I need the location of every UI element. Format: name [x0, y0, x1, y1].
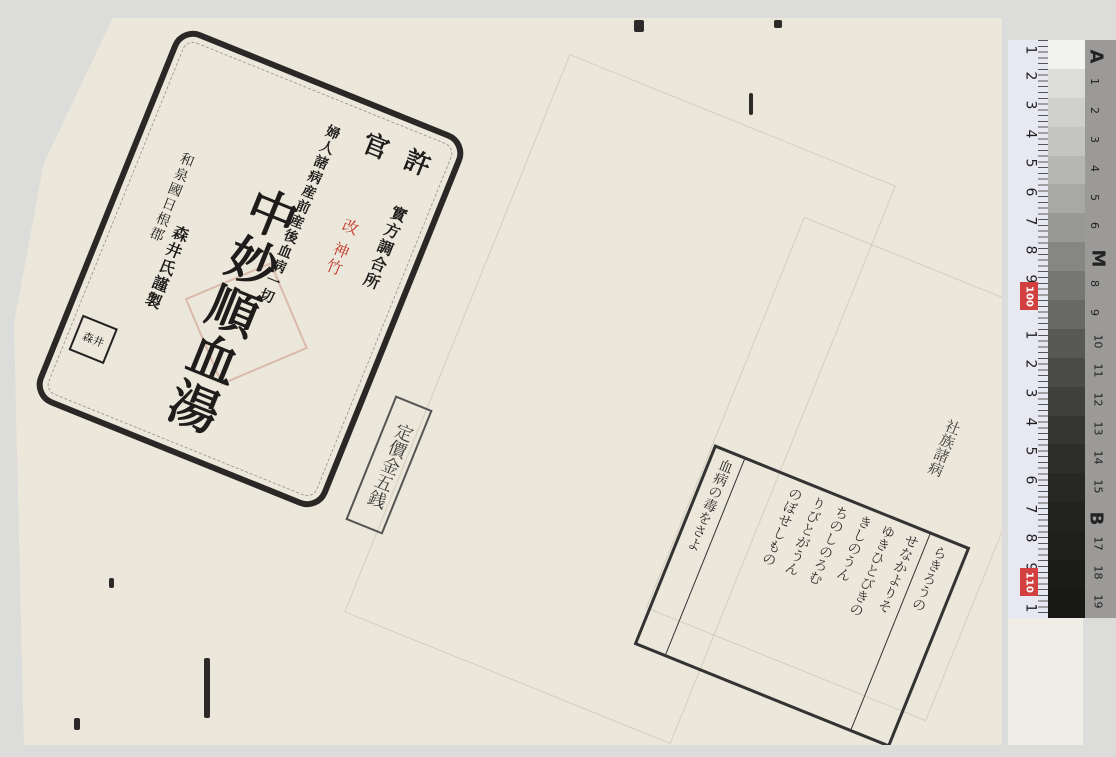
white-card	[1008, 618, 1083, 745]
gray-patch	[1048, 271, 1085, 300]
gray-patch	[1048, 444, 1085, 473]
ruler-number: 1	[1022, 46, 1038, 55]
ink-bleed	[74, 718, 80, 730]
ruler-number: 4	[1022, 418, 1038, 427]
gray-patch	[1048, 127, 1085, 156]
gray-label: B	[1085, 512, 1106, 526]
ink-bleed	[774, 20, 782, 28]
gray-patch	[1048, 184, 1085, 213]
maker-seal: 森井	[68, 315, 117, 364]
gray-patch	[1048, 502, 1085, 531]
gray-label: 10	[1092, 335, 1105, 349]
ruler-number: 8	[1022, 246, 1038, 255]
gray-patch	[1048, 358, 1085, 387]
gray-label: 18	[1092, 566, 1105, 580]
ruler-number: 2	[1022, 72, 1038, 81]
ruler-number: 8	[1022, 534, 1038, 543]
gray-label: 5	[1088, 194, 1101, 201]
gray-patch	[1048, 387, 1085, 416]
gray-label: 2	[1088, 107, 1101, 114]
gray-label: 6	[1088, 222, 1101, 229]
gray-patch	[1048, 40, 1085, 69]
gray-label: 14	[1092, 450, 1105, 464]
gray-label: 19	[1092, 595, 1105, 609]
label-kan-character: 官	[351, 125, 396, 165]
grayscale-labels: A123456M89101112131415B171819	[1085, 40, 1116, 618]
gray-label: 8	[1088, 280, 1101, 287]
gray-patch	[1048, 329, 1085, 358]
ruler-badge: 110	[1020, 568, 1038, 596]
gray-label: 12	[1092, 392, 1105, 406]
gray-label: 11	[1092, 363, 1105, 377]
gray-patch	[1048, 589, 1085, 618]
red-annotation: 改 神竹	[319, 215, 363, 280]
ruler-number: 1	[1022, 331, 1038, 340]
company-name: 實方調合所	[357, 202, 412, 294]
gray-patch	[1048, 156, 1085, 185]
ruler-number: 5	[1022, 159, 1038, 168]
gray-label: 3	[1088, 136, 1101, 143]
ruler-number: 6	[1022, 188, 1038, 197]
gray-patch	[1048, 242, 1085, 271]
ruler-number: 2	[1022, 360, 1038, 369]
gray-label: 15	[1092, 479, 1105, 493]
gray-patch	[1048, 69, 1085, 98]
gray-label: 1	[1088, 78, 1101, 85]
gray-patch	[1048, 300, 1085, 329]
gray-label: 9	[1088, 309, 1101, 316]
ruler-badge: 100	[1020, 282, 1038, 310]
ruler-number: 7	[1022, 505, 1038, 514]
ruler-ticks	[1038, 40, 1048, 618]
ink-bleed	[749, 93, 753, 115]
gray-label: M	[1087, 250, 1108, 268]
gray-patch	[1048, 560, 1085, 589]
ruler-number: 5	[1022, 447, 1038, 456]
gray-label: 17	[1092, 537, 1105, 551]
gray-patch	[1048, 98, 1085, 127]
ruler-number: 3	[1022, 389, 1038, 398]
gray-label: A	[1085, 50, 1106, 64]
ruler-number: 4	[1022, 130, 1038, 139]
grayscale-target	[1048, 40, 1085, 618]
gray-patch	[1048, 213, 1085, 242]
gray-patch	[1048, 416, 1085, 445]
ruler-number: 7	[1022, 217, 1038, 226]
ruler-number: 6	[1022, 476, 1038, 485]
ruler-number: 3	[1022, 101, 1038, 110]
measurement-ruler: 1 2 3 4 5 6 7 8 9 100 1 2 3 4 5 6 7 8 9 …	[1008, 40, 1049, 618]
gray-patch	[1048, 473, 1085, 502]
gray-label: 4	[1088, 165, 1101, 172]
ink-bleed	[634, 20, 644, 32]
ink-bleed	[204, 658, 210, 718]
gray-label: 13	[1092, 421, 1105, 435]
label-kyo-character: 許	[393, 142, 438, 182]
gray-patch	[1048, 531, 1085, 560]
aged-paper-document: 官 許 中妙順血湯 改 神竹 婦人諸病産前産後血病一切 和泉國日根郡 森井氏謹製…	[14, 18, 1002, 745]
ink-bleed	[109, 578, 114, 588]
ruler-number: 1	[1022, 604, 1038, 613]
